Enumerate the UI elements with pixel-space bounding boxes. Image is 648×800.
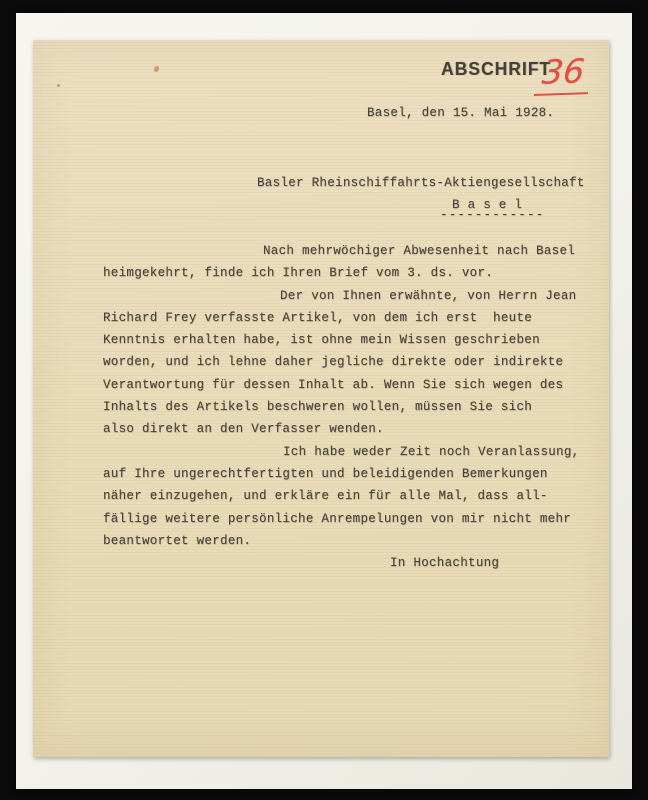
recipient-name: Basler Rheinschiffahrts-Aktiengesellscha… bbox=[257, 176, 585, 190]
photo-mat: ABSCHRIFT 36 Basel, den 15. Mai 1928. Ba… bbox=[16, 13, 632, 789]
archive-number: 36 bbox=[534, 53, 592, 96]
letter-line: Kenntnis erhalten habe, ist ohne mein Wi… bbox=[103, 329, 583, 351]
date-line: Basel, den 15. Mai 1928. bbox=[367, 106, 554, 120]
letter-line: worden, und ich lehne daher jegliche dir… bbox=[103, 351, 583, 373]
letter-paper: ABSCHRIFT 36 Basel, den 15. Mai 1928. Ba… bbox=[33, 40, 609, 757]
letter-line: also direkt an den Verfasser wenden. bbox=[103, 418, 583, 440]
letter-line: Richard Frey verfasste Artikel, von dem … bbox=[103, 307, 583, 329]
letter-body: Nach mehrwöchiger Abwesenheit nach Basel… bbox=[103, 240, 583, 574]
letter-line: Ich habe weder Zeit noch Veranlassung, bbox=[103, 441, 583, 463]
letter-line: fällige weitere persönliche Anrempelunge… bbox=[103, 508, 583, 530]
paper-speck bbox=[153, 65, 160, 73]
letter-line: Der von Ihnen erwähnte, von Herrn Jean bbox=[103, 285, 583, 307]
abschrift-stamp: ABSCHRIFT bbox=[441, 59, 551, 81]
closing-line: In Hochachtung bbox=[103, 552, 583, 574]
letter-line: heimgekehrt, finde ich Ihren Brief vom 3… bbox=[103, 262, 583, 284]
letter-line: Nach mehrwöchiger Abwesenheit nach Basel bbox=[103, 240, 583, 262]
photo-background: ABSCHRIFT 36 Basel, den 15. Mai 1928. Ba… bbox=[0, 0, 648, 800]
recipient-underline: ------------ bbox=[440, 208, 544, 222]
letter-line: beantwortet werden. bbox=[103, 530, 583, 552]
letter-line: Inhalts des Artikels beschweren wollen, … bbox=[103, 396, 583, 418]
letter-line: auf Ihre ungerechtfertigten und beleidig… bbox=[103, 463, 583, 485]
paper-speck bbox=[57, 84, 60, 87]
letter-line: näher einzugehen, und erkläre ein für al… bbox=[103, 485, 583, 507]
letter-line: Verantwortung für dessen Inhalt ab. Wenn… bbox=[103, 374, 583, 396]
